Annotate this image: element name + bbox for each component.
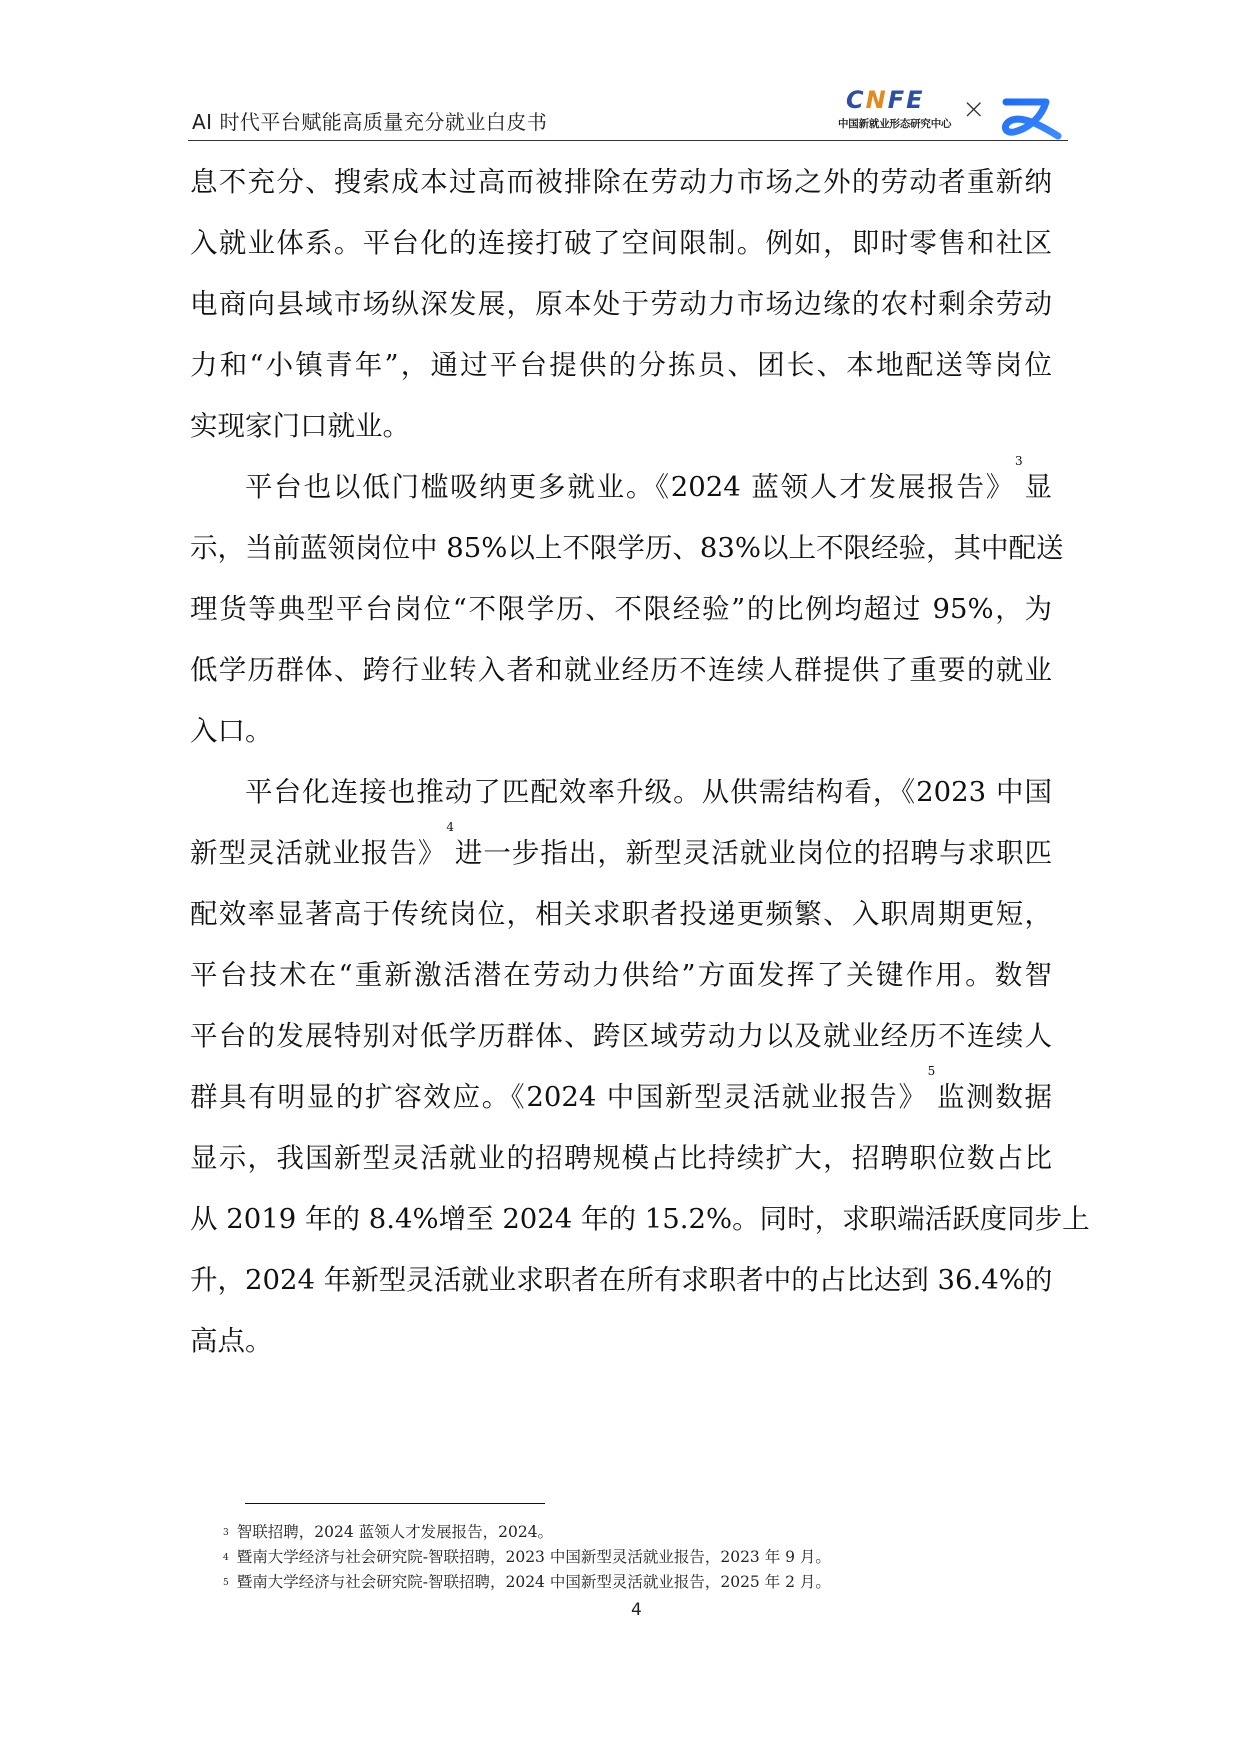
footnote-ref-5[interactable]: 5 xyxy=(928,1064,936,1078)
text-line: 从 2019 年的 8.4%增至 2024 年的 15.2%。同时，求职端活跃度… xyxy=(190,1189,1052,1250)
page-header: AI 时代平台赋能高质量充分就业白皮书 CNFE 中国新就业形态研究中心 × xyxy=(188,96,1068,140)
text-line: 理货等典型平台岗位“不限学历、不限经验”的比例均超过 95%，为 xyxy=(190,579,1052,640)
text-line: 平台的发展特别对低学历群体、跨区域劳动力以及就业经历不连续人 xyxy=(190,1006,1052,1067)
text-line: 群具有明显的扩容效应。《2024 中国新型灵活就业报告》5监测数据 xyxy=(190,1067,1052,1128)
text-line: 息不充分、搜索成本过高而被排除在劳动力市场之外的劳动者重新纳 xyxy=(190,152,1052,213)
text-line: 示，当前蓝领岗位中 85%以上不限学历、83%以上不限经验，其中配送 xyxy=(190,518,1052,579)
footnote-ref-3[interactable]: 3 xyxy=(1015,454,1023,468)
cnfe-logo-subtitle: 中国新就业形态研究中心 xyxy=(838,116,951,131)
paragraph-1: 息不充分、搜索成本过高而被排除在劳动力市场之外的劳动者重新纳 入就业体系。平台化… xyxy=(190,152,1052,457)
paragraph-2: 平台也以低门槛吸纳更多就业。《2024 蓝领人才发展报告》3显 示，当前蓝领岗位… xyxy=(190,457,1052,762)
footnote-ref-4[interactable]: 4 xyxy=(446,820,454,834)
footnote-divider xyxy=(245,1503,545,1504)
text-line: 高点。 xyxy=(190,1311,1052,1372)
body-text: 息不充分、搜索成本过高而被排除在劳动力市场之外的劳动者重新纳 入就业体系。平台化… xyxy=(190,152,1052,1372)
footnote-4: 4暨南大学经济与社会研究院-智联招聘，2023 中国新型灵活就业报告，2023 … xyxy=(223,1545,1043,1570)
text-line: 配效率显著高于传统岗位，相关求职者投递更频繁、入职周期更短， xyxy=(190,884,1052,945)
text-line: 显示，我国新型灵活就业的招聘规模占比持续扩大，招聘职位数占比 xyxy=(190,1128,1052,1189)
text-line: 入就业体系。平台化的连接打破了空间限制。例如，即时零售和社区 xyxy=(190,213,1052,274)
text-line: 新型灵活就业报告》4进一步指出，新型灵活就业岗位的招聘与求职匹 xyxy=(190,823,1052,884)
footnotes: 3智联招聘，2024 蓝领人才发展报告，2024。 4暨南大学经济与社会研究院-… xyxy=(223,1520,1043,1595)
cnfe-logo: CNFE 中国新就业形态研究中心 xyxy=(838,86,968,132)
text-line: 电商向县域市场纵深发展，原本处于劳动力市场边缘的农村剩余劳动 xyxy=(190,274,1052,335)
footnote-3: 3智联招聘，2024 蓝领人才发展报告，2024。 xyxy=(223,1520,1043,1545)
text-line: 实现家门口就业。 xyxy=(190,396,1052,457)
text-line: 平台化连接也推动了匹配效率升级。从供需结构看，《2023 中国 xyxy=(190,762,1052,823)
text-line: 低学历群体、跨行业转入者和就业经历不连续人群提供了重要的就业 xyxy=(190,640,1052,701)
document-title: AI 时代平台赋能高质量充分就业白皮书 xyxy=(192,106,547,135)
text-line: 平台技术在“重新激活潜在劳动力供给”方面发挥了关键作用。数智 xyxy=(190,945,1052,1006)
footnote-5: 5暨南大学经济与社会研究院-智联招聘，2024 中国新型灵活就业报告，2025 … xyxy=(223,1570,1043,1595)
cnfe-logo-letters: CNFE xyxy=(846,86,925,114)
page-number: 4 xyxy=(631,1600,642,1620)
alipay-logo-icon xyxy=(994,70,1066,142)
times-separator-icon: × xyxy=(962,92,985,125)
text-line: 入口。 xyxy=(190,701,1052,762)
text-line: 平台也以低门槛吸纳更多就业。《2024 蓝领人才发展报告》3显 xyxy=(190,457,1052,518)
header-divider xyxy=(188,140,1068,141)
text-line: 力和“小镇青年”，通过平台提供的分拣员、团长、本地配送等岗位 xyxy=(190,335,1052,396)
paragraph-3: 平台化连接也推动了匹配效率升级。从供需结构看，《2023 中国 新型灵活就业报告… xyxy=(190,762,1052,1372)
text-line: 升，2024 年新型灵活就业求职者在所有求职者中的占比达到 36.4%的 xyxy=(190,1250,1052,1311)
